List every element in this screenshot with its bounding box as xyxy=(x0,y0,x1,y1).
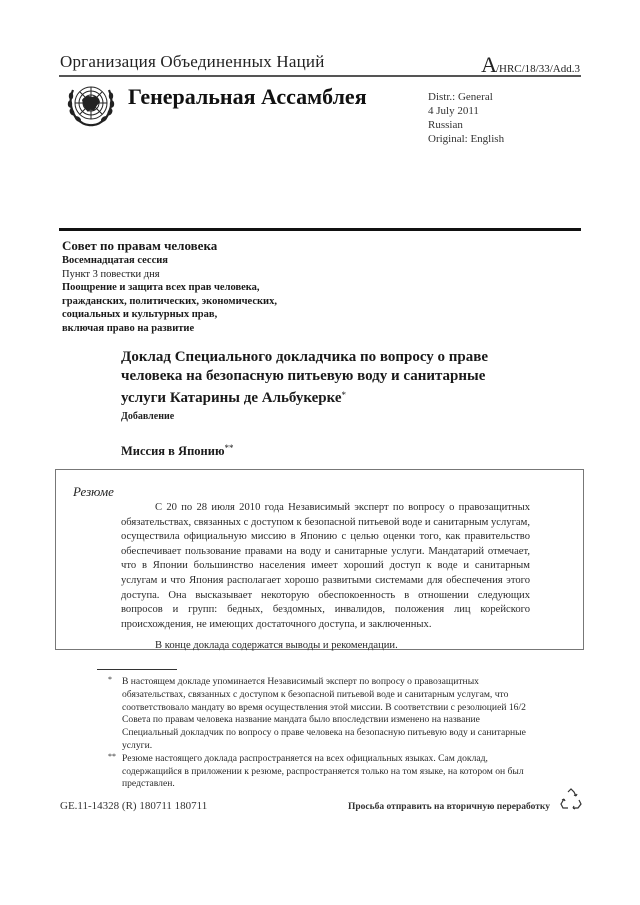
addendum-label: Добавление xyxy=(121,411,174,422)
organization-name: Организация Объединенных Наций xyxy=(60,52,325,72)
council-block: Совет по правам человека Восемнадцатая с… xyxy=(62,238,342,335)
summary-heading: Резюме xyxy=(73,484,114,500)
distribution: Distr.: General xyxy=(428,90,504,104)
summary-paragraph: В конце доклада содержатся выводы и реко… xyxy=(121,639,530,654)
footnote-rule xyxy=(97,669,177,670)
agenda-title-line: гражданских, политических, экономических… xyxy=(62,295,342,309)
original-language: Original: English xyxy=(428,132,504,146)
session: Восемнадцатая сессия xyxy=(62,254,342,268)
footnotes: * В настоящем докладе упоминается Незави… xyxy=(110,676,530,791)
header-rule xyxy=(59,75,581,77)
council-title: Совет по правам человека xyxy=(62,238,342,254)
job-number: GE.11-14328 (R) 180711 180711 xyxy=(60,800,207,812)
recycle-icon xyxy=(560,788,582,810)
symbol-rest: /HRC/18/33/Add.3 xyxy=(496,63,580,75)
agenda-item: Пункт 3 повестки дня xyxy=(62,268,342,282)
mission-title: Миссия в Японию** xyxy=(121,443,234,459)
report-title-line: Доклад Специального докладчика по вопрос… xyxy=(121,348,541,367)
summary-paragraph: С 20 по 28 июля 2010 года Независимый эк… xyxy=(121,501,530,632)
assembly-title: Генеральная Ассамблея xyxy=(128,84,367,110)
section-rule xyxy=(59,228,581,231)
issue-date: 4 July 2011 xyxy=(428,104,504,118)
un-emblem-icon xyxy=(64,80,118,130)
recycle-note: Просьба отправить на вторичную переработ… xyxy=(348,802,550,812)
summary-body: С 20 по 28 июля 2010 года Независимый эк… xyxy=(121,501,530,654)
footnote-ref[interactable]: * xyxy=(342,390,347,400)
language: Russian xyxy=(428,118,504,132)
footnote-ref[interactable]: ** xyxy=(225,443,234,453)
footnote-mark: * xyxy=(108,674,112,687)
footnote-mark: ** xyxy=(108,751,116,764)
distribution-info: Distr.: General 4 July 2011 Russian Orig… xyxy=(428,90,504,146)
footnote-text: Резюме настоящего доклада распространяет… xyxy=(122,753,524,790)
report-title-line: человека на безопасную питьевую воду и с… xyxy=(121,367,541,386)
agenda-title-line: социальных и культурных прав, xyxy=(62,308,342,322)
agenda-title-line: включая право на развитие xyxy=(62,322,342,336)
agenda-title-line: Поощрение и защита всех прав человека, xyxy=(62,281,342,295)
footnote: ** Резюме настоящего доклада распростран… xyxy=(110,753,530,791)
report-title: Доклад Специального докладчика по вопрос… xyxy=(121,348,541,408)
footnote: * В настоящем докладе упоминается Незави… xyxy=(110,676,530,753)
mission-text: Миссия в Японию xyxy=(121,444,225,458)
footnote-text: В настоящем докладе упоминается Независи… xyxy=(122,676,526,751)
report-title-line: услуги Катарины де Альбукерке xyxy=(121,390,342,406)
symbol-prefix: A xyxy=(481,52,496,77)
